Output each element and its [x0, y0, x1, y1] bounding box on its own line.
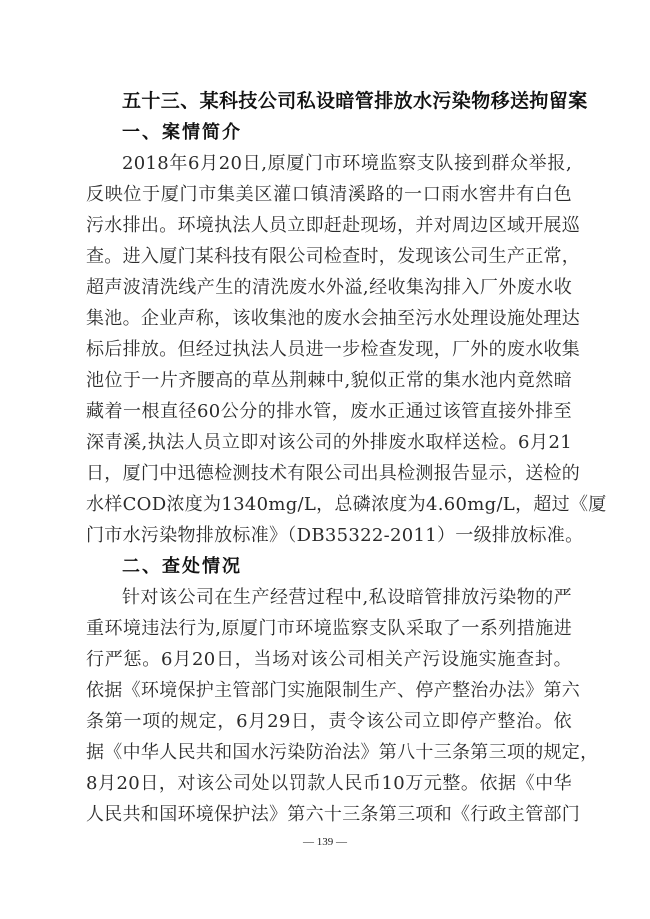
text-line: 门市水污染物排放标准》（DB35322-2011）一级排放标准。	[86, 520, 572, 551]
text-line: 集池。企业声称，该收集池的废水会抽至污水处理设施处理达	[86, 303, 572, 334]
text-line: 污水排出。环境执法人员立即赶赴现场，并对周边区域开展巡	[86, 210, 572, 241]
section-investigation-paragraph: 针对该公司在生产经营过程中,私设暗管排放污染物的严 重环境违法行为,原厦门市环境…	[86, 582, 572, 830]
section-heading-investigation: 二、查处情况	[86, 551, 572, 582]
page-number: — 139 —	[0, 836, 650, 848]
document-page: 五十三、某科技公司私设暗管排放水污染物移送拘留案 一、案情简介 2018年6月2…	[0, 0, 650, 919]
text-line: 重环境违法行为,原厦门市环境监察支队采取了一系列措施进	[86, 613, 572, 644]
text-line: 依据《环境保护主管部门实施限制生产、停产整治办法》第六	[86, 675, 572, 706]
document-body: 五十三、某科技公司私设暗管排放水污染物移送拘留案 一、案情简介 2018年6月2…	[86, 86, 572, 830]
text-line: 据《中华人民共和国水污染防治法》第八十三条第三项的规定，	[86, 737, 572, 768]
text-line: 超声波清洗线产生的清洗废水外溢,经收集沟排入厂外废水收	[86, 272, 572, 303]
text-line: 水样COD浓度为1340mg/L，总磷浓度为4.60mg/L，超过《厦	[86, 489, 572, 520]
text-line: 8月20日，对该公司处以罚款人民币10万元整。依据《中华	[86, 768, 572, 799]
text-line: 条第一项的规定，6月29日，责令该公司立即停产整治。依	[86, 706, 572, 737]
text-line: 2018年6月20日,原厦门市环境监察支队接到群众举报,	[86, 148, 572, 179]
text-line: 查。进入厦门某科技有限公司检查时，发现该公司生产正常，	[86, 241, 572, 272]
text-line: 池位于一片齐腰高的草丛荆棘中,貌似正常的集水池内竟然暗	[86, 365, 572, 396]
text-line: 标后排放。但经过执法人员进一步检查发现，厂外的废水收集	[86, 334, 572, 365]
text-line: 行严惩。6月20日，当场对该公司相关产污设施实施查封。	[86, 644, 572, 675]
text-line: 人民共和国环境保护法》第六十三条第三项和《行政主管部门	[86, 799, 572, 830]
text-line: 针对该公司在生产经营过程中,私设暗管排放污染物的严	[86, 582, 572, 613]
case-title: 五十三、某科技公司私设暗管排放水污染物移送拘留案	[86, 86, 572, 117]
section-heading-case-summary: 一、案情简介	[86, 117, 572, 148]
text-line: 藏着一根直径60公分的排水管，废水正通过该管直接外排至	[86, 396, 572, 427]
text-line: 深青溪,执法人员立即对该公司的外排废水取样送检。6月21	[86, 427, 572, 458]
section-case-summary-paragraph: 2018年6月20日,原厦门市环境监察支队接到群众举报, 反映位于厦门市集美区灌…	[86, 148, 572, 551]
text-line: 日，厦门中迅德检测技术有限公司出具检测报告显示，送检的	[86, 458, 572, 489]
text-line: 反映位于厦门市集美区灌口镇清溪路的一口雨水窖井有白色	[86, 179, 572, 210]
